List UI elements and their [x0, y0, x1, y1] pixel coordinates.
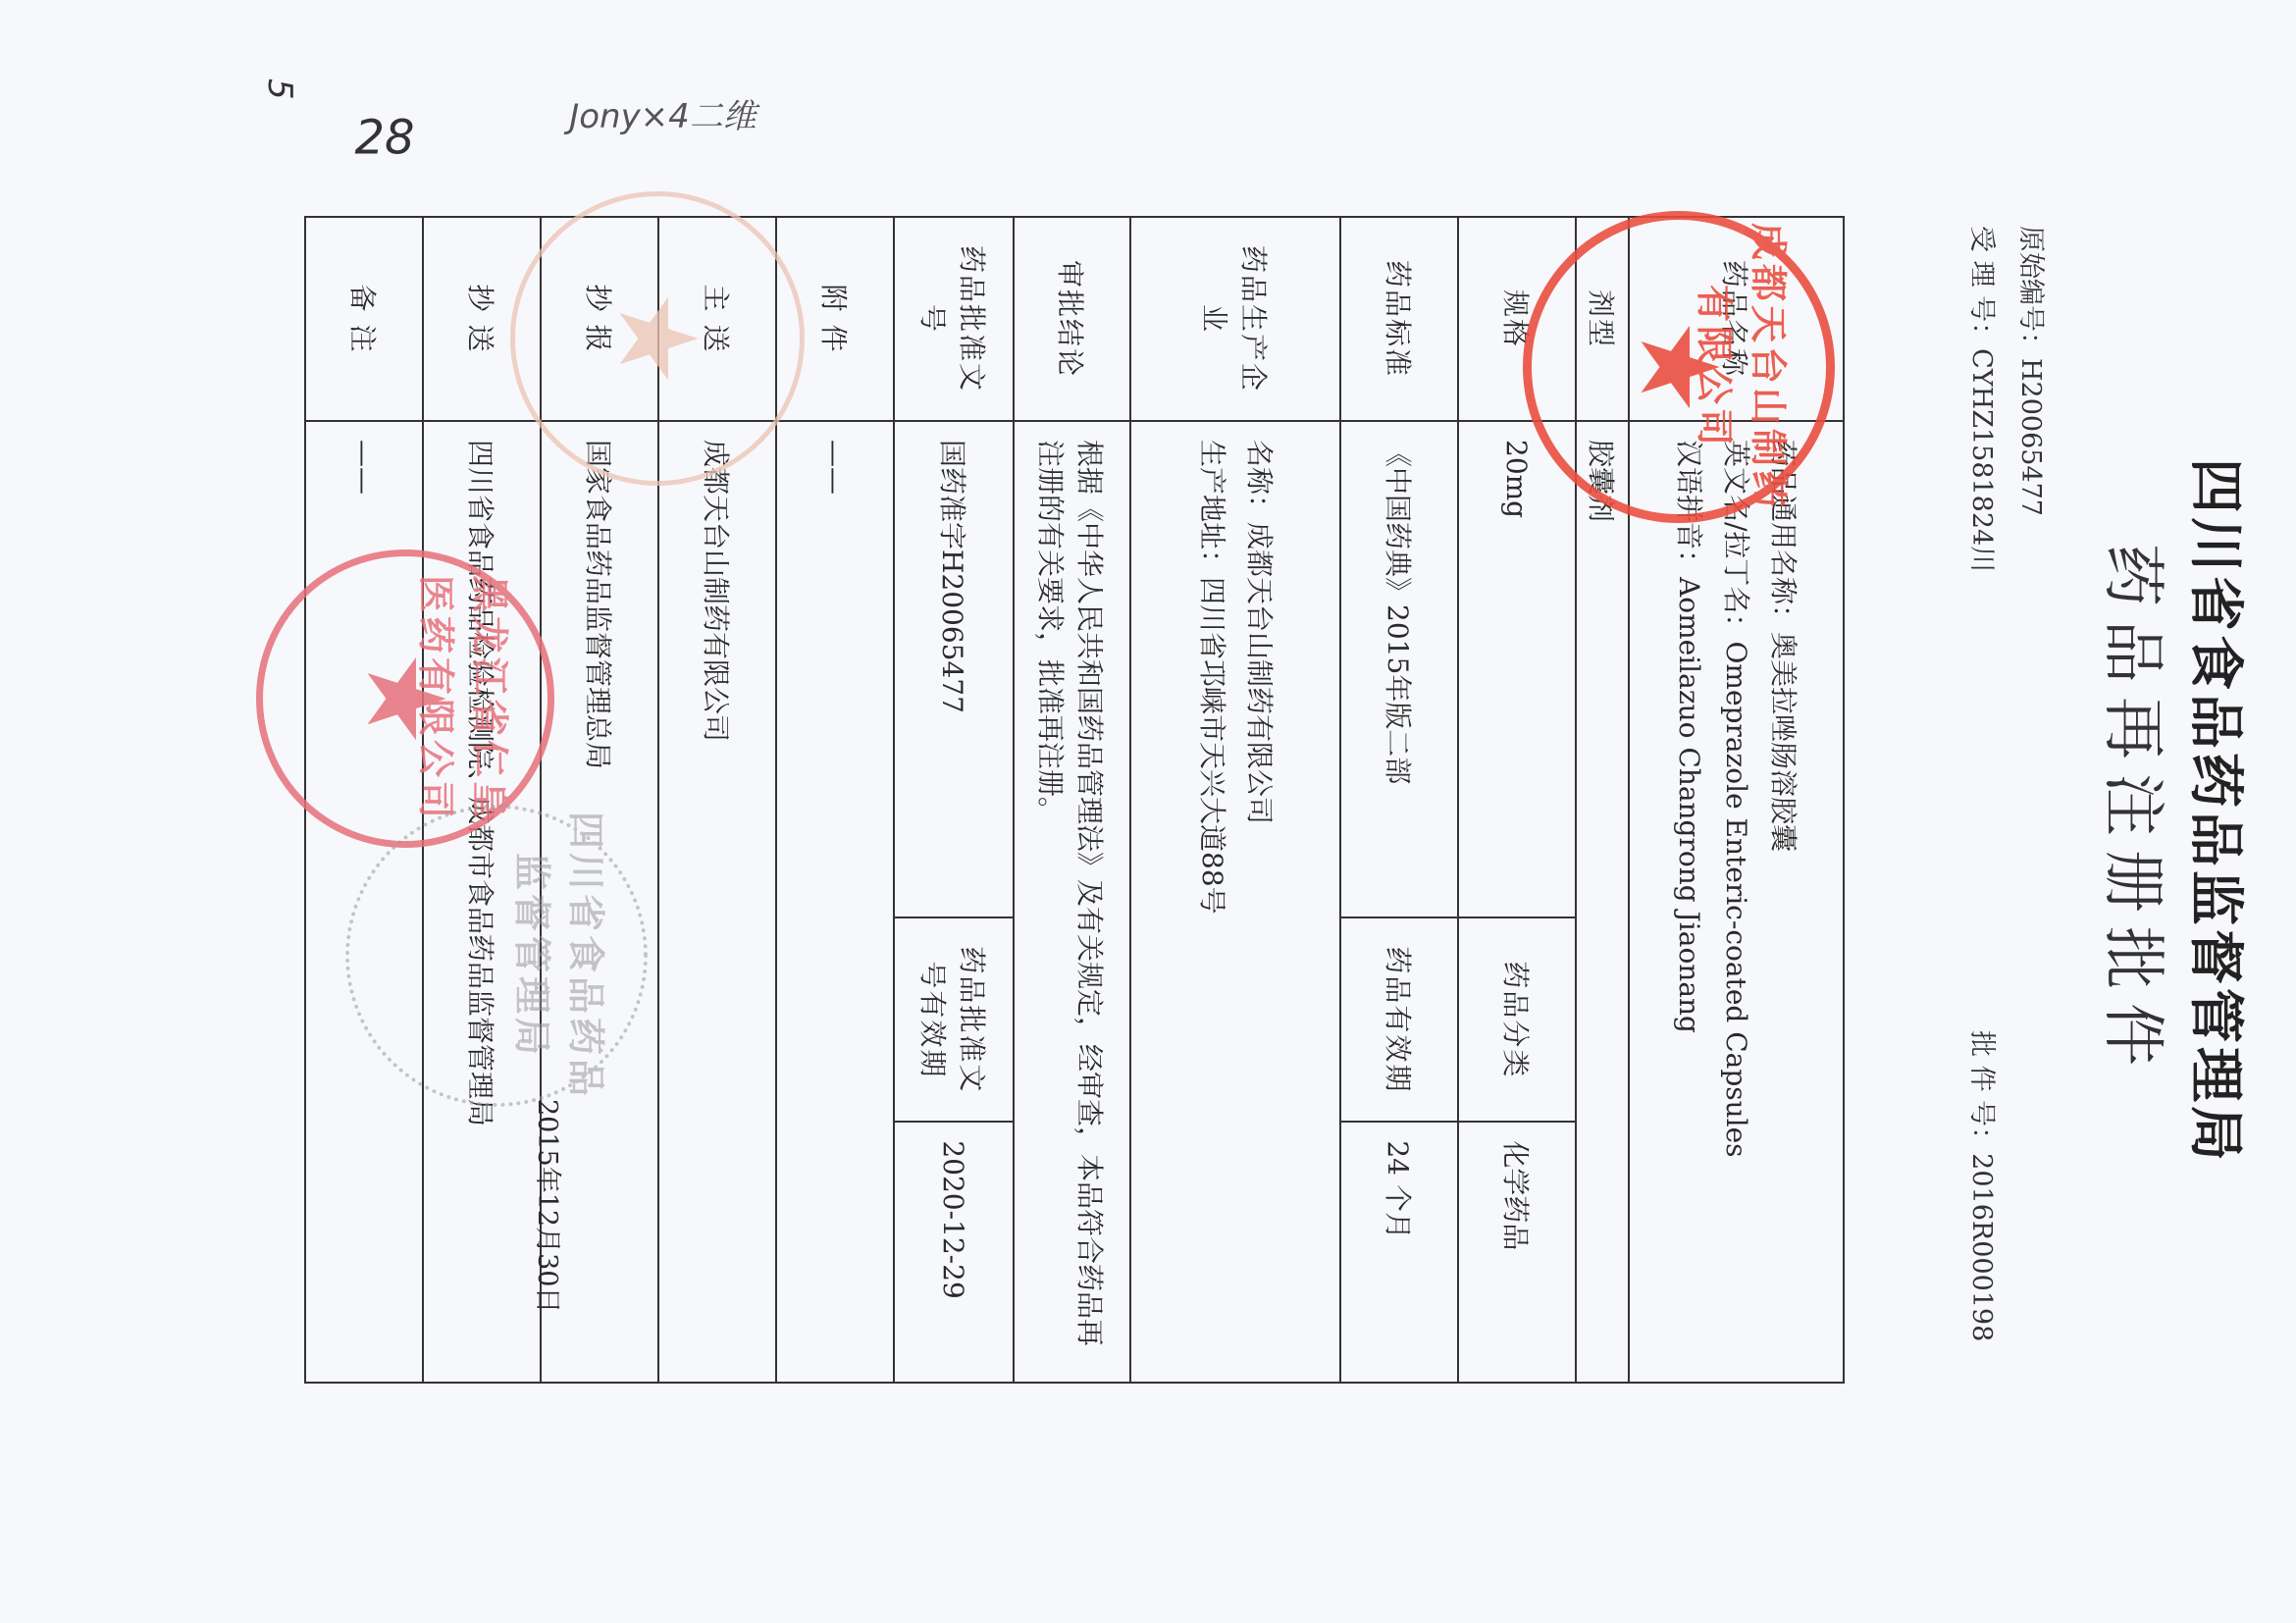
- standard-value: 《中国药典》2015年版二部: [1340, 421, 1458, 917]
- spec-value: 20mg: [1458, 421, 1576, 917]
- table-row: 药品标准 《中国药典》2015年版二部 药品有效期 24 个月: [1340, 217, 1458, 1383]
- company-seal-stamp: 成都天台山制药有限公司 ★: [1523, 211, 1835, 523]
- attachment-value: ——: [776, 421, 894, 1383]
- approval-number-label: 药品批准文号: [894, 217, 1014, 421]
- table-row: 药品批准文号 国药准字H20065477 药品批准文号有效期 2020-12-2…: [894, 217, 1014, 1383]
- pinyin-name: Aomeilazuo Changrong Jiaonang: [1674, 577, 1706, 1033]
- issuing-agency: 四川省食品药品监督管理局: [2180, 0, 2259, 1623]
- standard-label: 药品标准: [1340, 217, 1458, 421]
- drug-class-label: 药品分类: [1458, 917, 1576, 1122]
- manufacturer-cell: 名称：成都天台山制药有限公司 生产地址：四川省邛崃市天兴大道88号: [1130, 421, 1340, 1383]
- english-name: Omeprazole Enteric-coated Capsules: [1721, 641, 1753, 1157]
- remarks-label: 备 注: [305, 217, 423, 421]
- agency-seal-stamp: 四川省食品药品监督管理局: [345, 805, 648, 1107]
- approval-validity-label: 药品批准文号有效期: [894, 917, 1014, 1122]
- faint-seal-stamp: ★: [510, 191, 805, 486]
- dosage-form-value: 胶囊剂: [1576, 421, 1629, 1383]
- issue-date: 2015年12月30日: [531, 1099, 569, 1313]
- star-icon: ★: [603, 290, 711, 388]
- table-row: 审批结论 根据《中华人民共和国药品管理法》及有关规定，经审查，本品符合药品再注册…: [1014, 217, 1130, 1383]
- manufacturer-name: 成都天台山制药有限公司: [1243, 522, 1276, 824]
- handwritten-note: Jony×4二维: [569, 89, 757, 137]
- approval-document-number: 批 件 号：2016R000198: [1965, 1030, 2004, 1341]
- manufacturer-address: 四川省邛崃市天兴大道88号: [1196, 577, 1228, 915]
- original-number: 原始编号：H20065477: [2014, 226, 2053, 516]
- drug-name-cell: 药品通用名称：奥美拉唑肠溶胶囊 英文名/拉丁名：Omeprazole Enter…: [1629, 421, 1844, 1383]
- generic-name: 奥美拉唑肠溶胶囊: [1768, 632, 1800, 852]
- manufacturer-label: 药品生产企业: [1130, 217, 1340, 421]
- handwritten-sub-mark: 5: [260, 79, 299, 100]
- handwritten-page-number: 28: [354, 111, 414, 166]
- distributor-seal-stamp: 黑龙江省仁皇医药有限公司 ★: [256, 550, 554, 848]
- conclusion-label: 审批结论: [1014, 217, 1130, 421]
- document-page: 四川省食品药品监督管理局 药品再注册批件 原始编号：H20065477 受 理 …: [0, 0, 2296, 1623]
- approval-validity-value: 2020-12-29: [894, 1122, 1014, 1383]
- document-title: 药品再注册批件: [2093, 0, 2183, 1623]
- approval-number-value: 国药准字H20065477: [894, 421, 1014, 917]
- acceptance-number: 受 理 号：CYHZ1581824川: [1965, 226, 2004, 572]
- send-to-value: 成都天台山制药有限公司: [658, 421, 776, 1383]
- shelf-life-label: 药品有效期: [1340, 917, 1458, 1122]
- shelf-life-value: 24 个月: [1340, 1122, 1458, 1383]
- conclusion-value: 根据《中华人民共和国药品管理法》及有关规定，经审查，本品符合药品再注册的有关要求…: [1014, 421, 1130, 1383]
- table-row: 药品生产企业 名称：成都天台山制药有限公司 生产地址：四川省邛崃市天兴大道88号: [1130, 217, 1340, 1383]
- drug-class-value: 化学药品: [1458, 1122, 1576, 1383]
